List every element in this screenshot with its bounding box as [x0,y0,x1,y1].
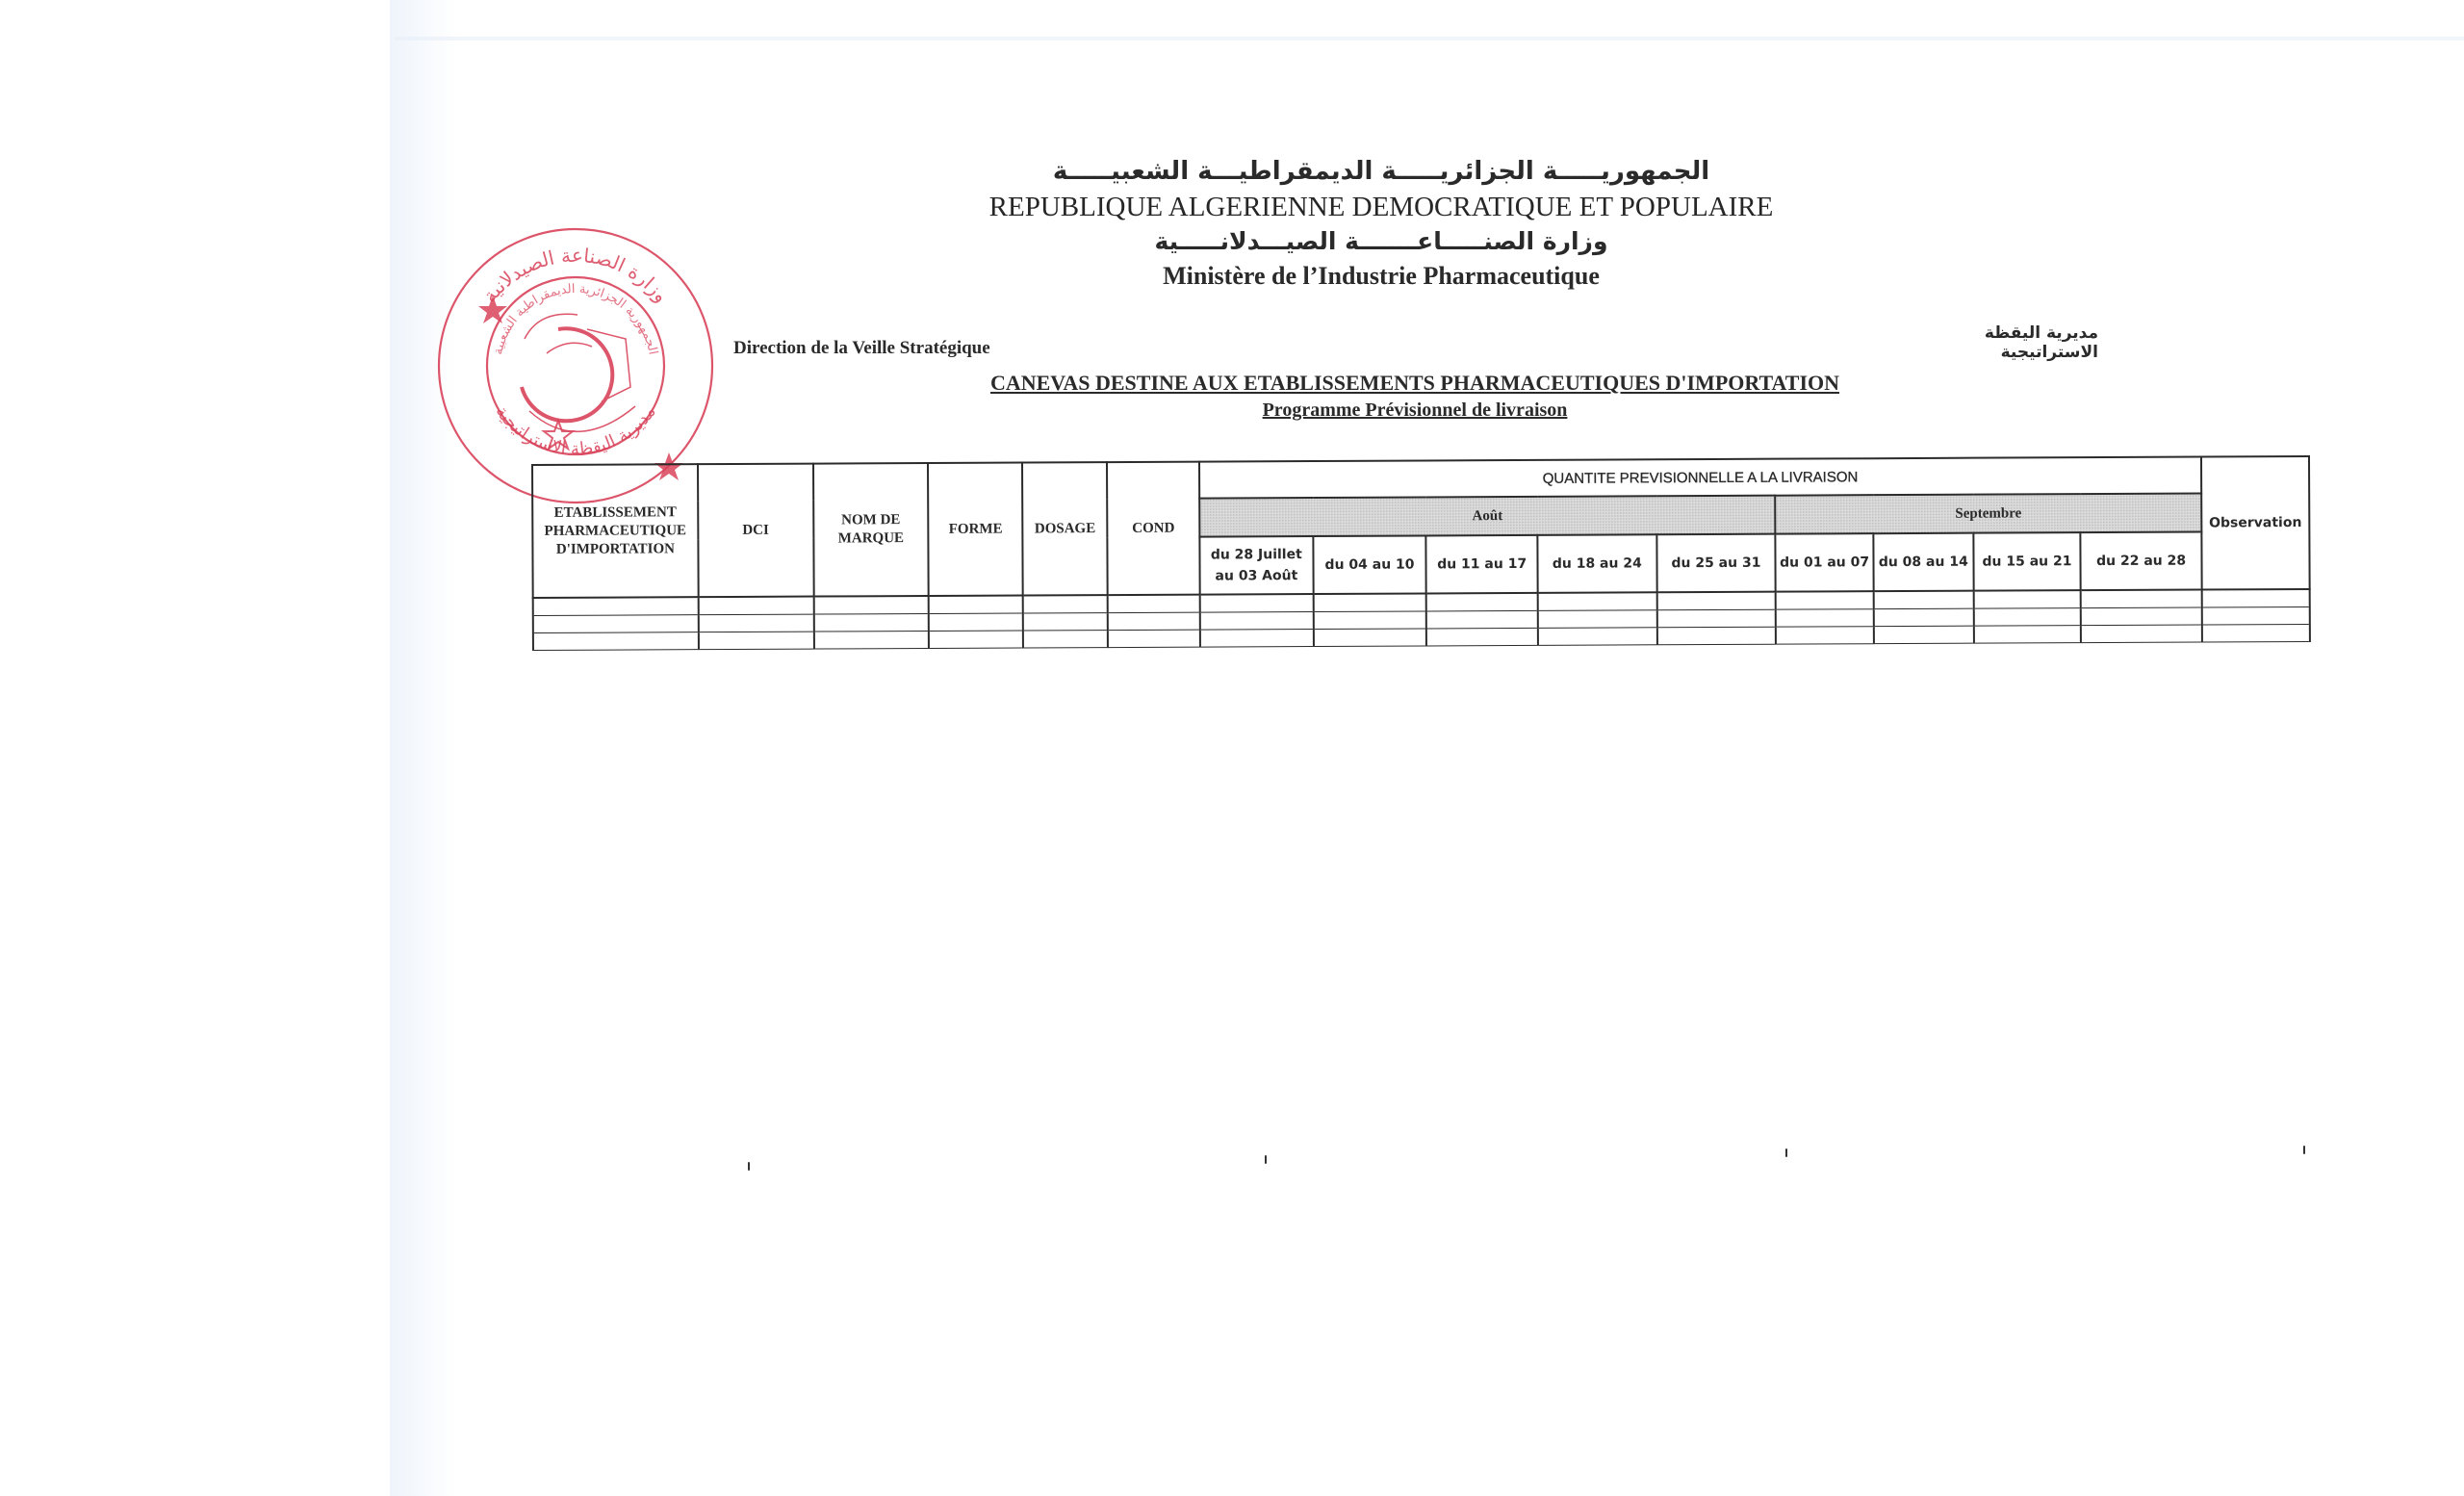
table-cell[interactable] [2081,590,2202,608]
table-cell[interactable] [1426,628,1538,646]
table-cell[interactable] [1874,608,1974,627]
table-cell[interactable] [1874,626,1974,644]
table-cell[interactable] [1656,627,1776,645]
table-cell[interactable] [1973,590,2081,608]
table-body [533,589,2310,651]
week-header: du 22 au 28 [2081,532,2202,591]
table-cell[interactable] [1200,594,1314,612]
week-header: du 11 au 17 [1426,535,1538,594]
table-cell[interactable] [2202,624,2310,642]
week-header: du 08 au 14 [1873,533,1973,592]
table-cell[interactable] [533,632,699,651]
document-subtitle: Programme Prévisionnel de livraison [924,400,1906,422]
table-cell[interactable] [2202,589,2310,607]
column-header-cond: COND [1107,462,1199,595]
header-french-ministry: Ministère de l’Industrie Pharmaceutique [924,262,1838,291]
table-cell[interactable] [1200,630,1314,648]
scan-mark [1265,1155,1267,1164]
header-arabic-republic: الجمهوريـــــة الجزائريـــــة الديمقراطي… [924,157,1838,186]
header-french-republic: REPUBLIQUE ALGERIENNE DEMOCRATIQUE ET PO… [924,192,1838,223]
month-header-septembre: Septembre [1775,494,2201,534]
week-header: du 18 au 24 [1537,534,1656,593]
month-header-aout: Août [1199,496,1775,537]
scan-shadow-top [395,37,2464,40]
week-header: du 04 au 10 [1313,535,1426,594]
table-cell[interactable] [699,632,814,650]
table-cell[interactable] [2081,625,2202,643]
table-cell[interactable] [533,615,699,633]
table-cell[interactable] [1426,610,1538,629]
table-cell[interactable] [533,597,699,615]
column-header-forme: FORME [928,463,1023,596]
table-cell[interactable] [1776,627,1874,644]
svg-text:الجمهورية الجزائرية الديمقراطي: الجمهورية الجزائرية الديمقراطية الشعبية [491,282,659,356]
table-cell[interactable] [1314,629,1427,647]
scan-mark [748,1162,750,1171]
table-cell[interactable] [1108,630,1200,647]
table-cell[interactable] [2081,607,2202,626]
table-cell[interactable] [699,597,814,615]
week-header: du 28 Juillet au 03 Août [1199,536,1313,595]
table-cell[interactable] [1656,609,1776,628]
week-header: du 15 au 21 [1973,532,2081,591]
scan-mark [1785,1148,1787,1157]
column-header-dosage: DOSAGE [1022,462,1108,595]
table-cell[interactable] [1023,613,1108,631]
svg-text:وزارة الصناعة الصيدلانية: وزارة الصناعة الصيدلانية [478,244,674,307]
column-header-observation: Observation [2201,456,2310,590]
table-cell[interactable] [929,631,1023,648]
column-header-quantite: QUANTITE PREVISIONNELLE A LA LIVRAISON [1199,457,2201,499]
table-cell[interactable] [2202,606,2310,625]
table-cell[interactable] [1108,612,1200,630]
table-cell[interactable] [1023,631,1108,648]
table-cell[interactable] [1973,608,2081,627]
table-cell[interactable] [1426,593,1538,611]
table-cell[interactable] [813,613,929,632]
table-cell[interactable] [1023,595,1108,613]
table-cell[interactable] [1313,593,1426,611]
table-cell[interactable] [1874,591,1974,609]
direction-label-french: Direction de la Veille Stratégique [733,338,990,359]
delivery-schedule-table: ETABLISSEMENT PHARMACEUTIQUE D'IMPORTATI… [531,455,2311,651]
table-cell[interactable] [1538,628,1657,646]
table-cell[interactable] [1313,611,1426,630]
column-header-nom-marque: NOM DE MARQUE [813,463,929,597]
document-title: CANEVAS DESTINE AUX ETABLISSEMENTS PHARM… [924,371,1906,396]
scan-mark [2303,1146,2305,1154]
table-cell[interactable] [1776,609,1874,627]
table-cell[interactable] [1973,626,2081,644]
table-cell[interactable] [1656,592,1776,610]
table-cell[interactable] [813,596,929,614]
column-header-etablissement: ETABLISSEMENT PHARMACEUTIQUE D'IMPORTATI… [532,464,699,598]
table-cell[interactable] [1108,595,1200,613]
table-cell[interactable] [1200,612,1314,631]
table-cell[interactable] [813,631,929,649]
week-header: du 25 au 31 [1656,534,1776,593]
table-cell[interactable] [1776,591,1874,609]
header-arabic-ministry: وزارة الصنـــــاعـــــــة الصيـــدلانـــ… [924,227,1838,255]
week-header: du 01 au 07 [1776,533,1874,591]
table-cell[interactable] [1538,610,1657,629]
table-cell[interactable] [929,596,1023,614]
table-cell[interactable] [1538,592,1657,610]
svg-text:مديرية اليقظة الاستراتيجية: مديرية اليقظة الاستراتيجية [491,402,659,460]
direction-label-arabic: مديرية اليقظة الاستراتيجية [1906,323,2098,362]
column-header-dci: DCI [698,464,813,598]
table-cell[interactable] [699,614,814,632]
table-cell[interactable] [929,613,1023,631]
